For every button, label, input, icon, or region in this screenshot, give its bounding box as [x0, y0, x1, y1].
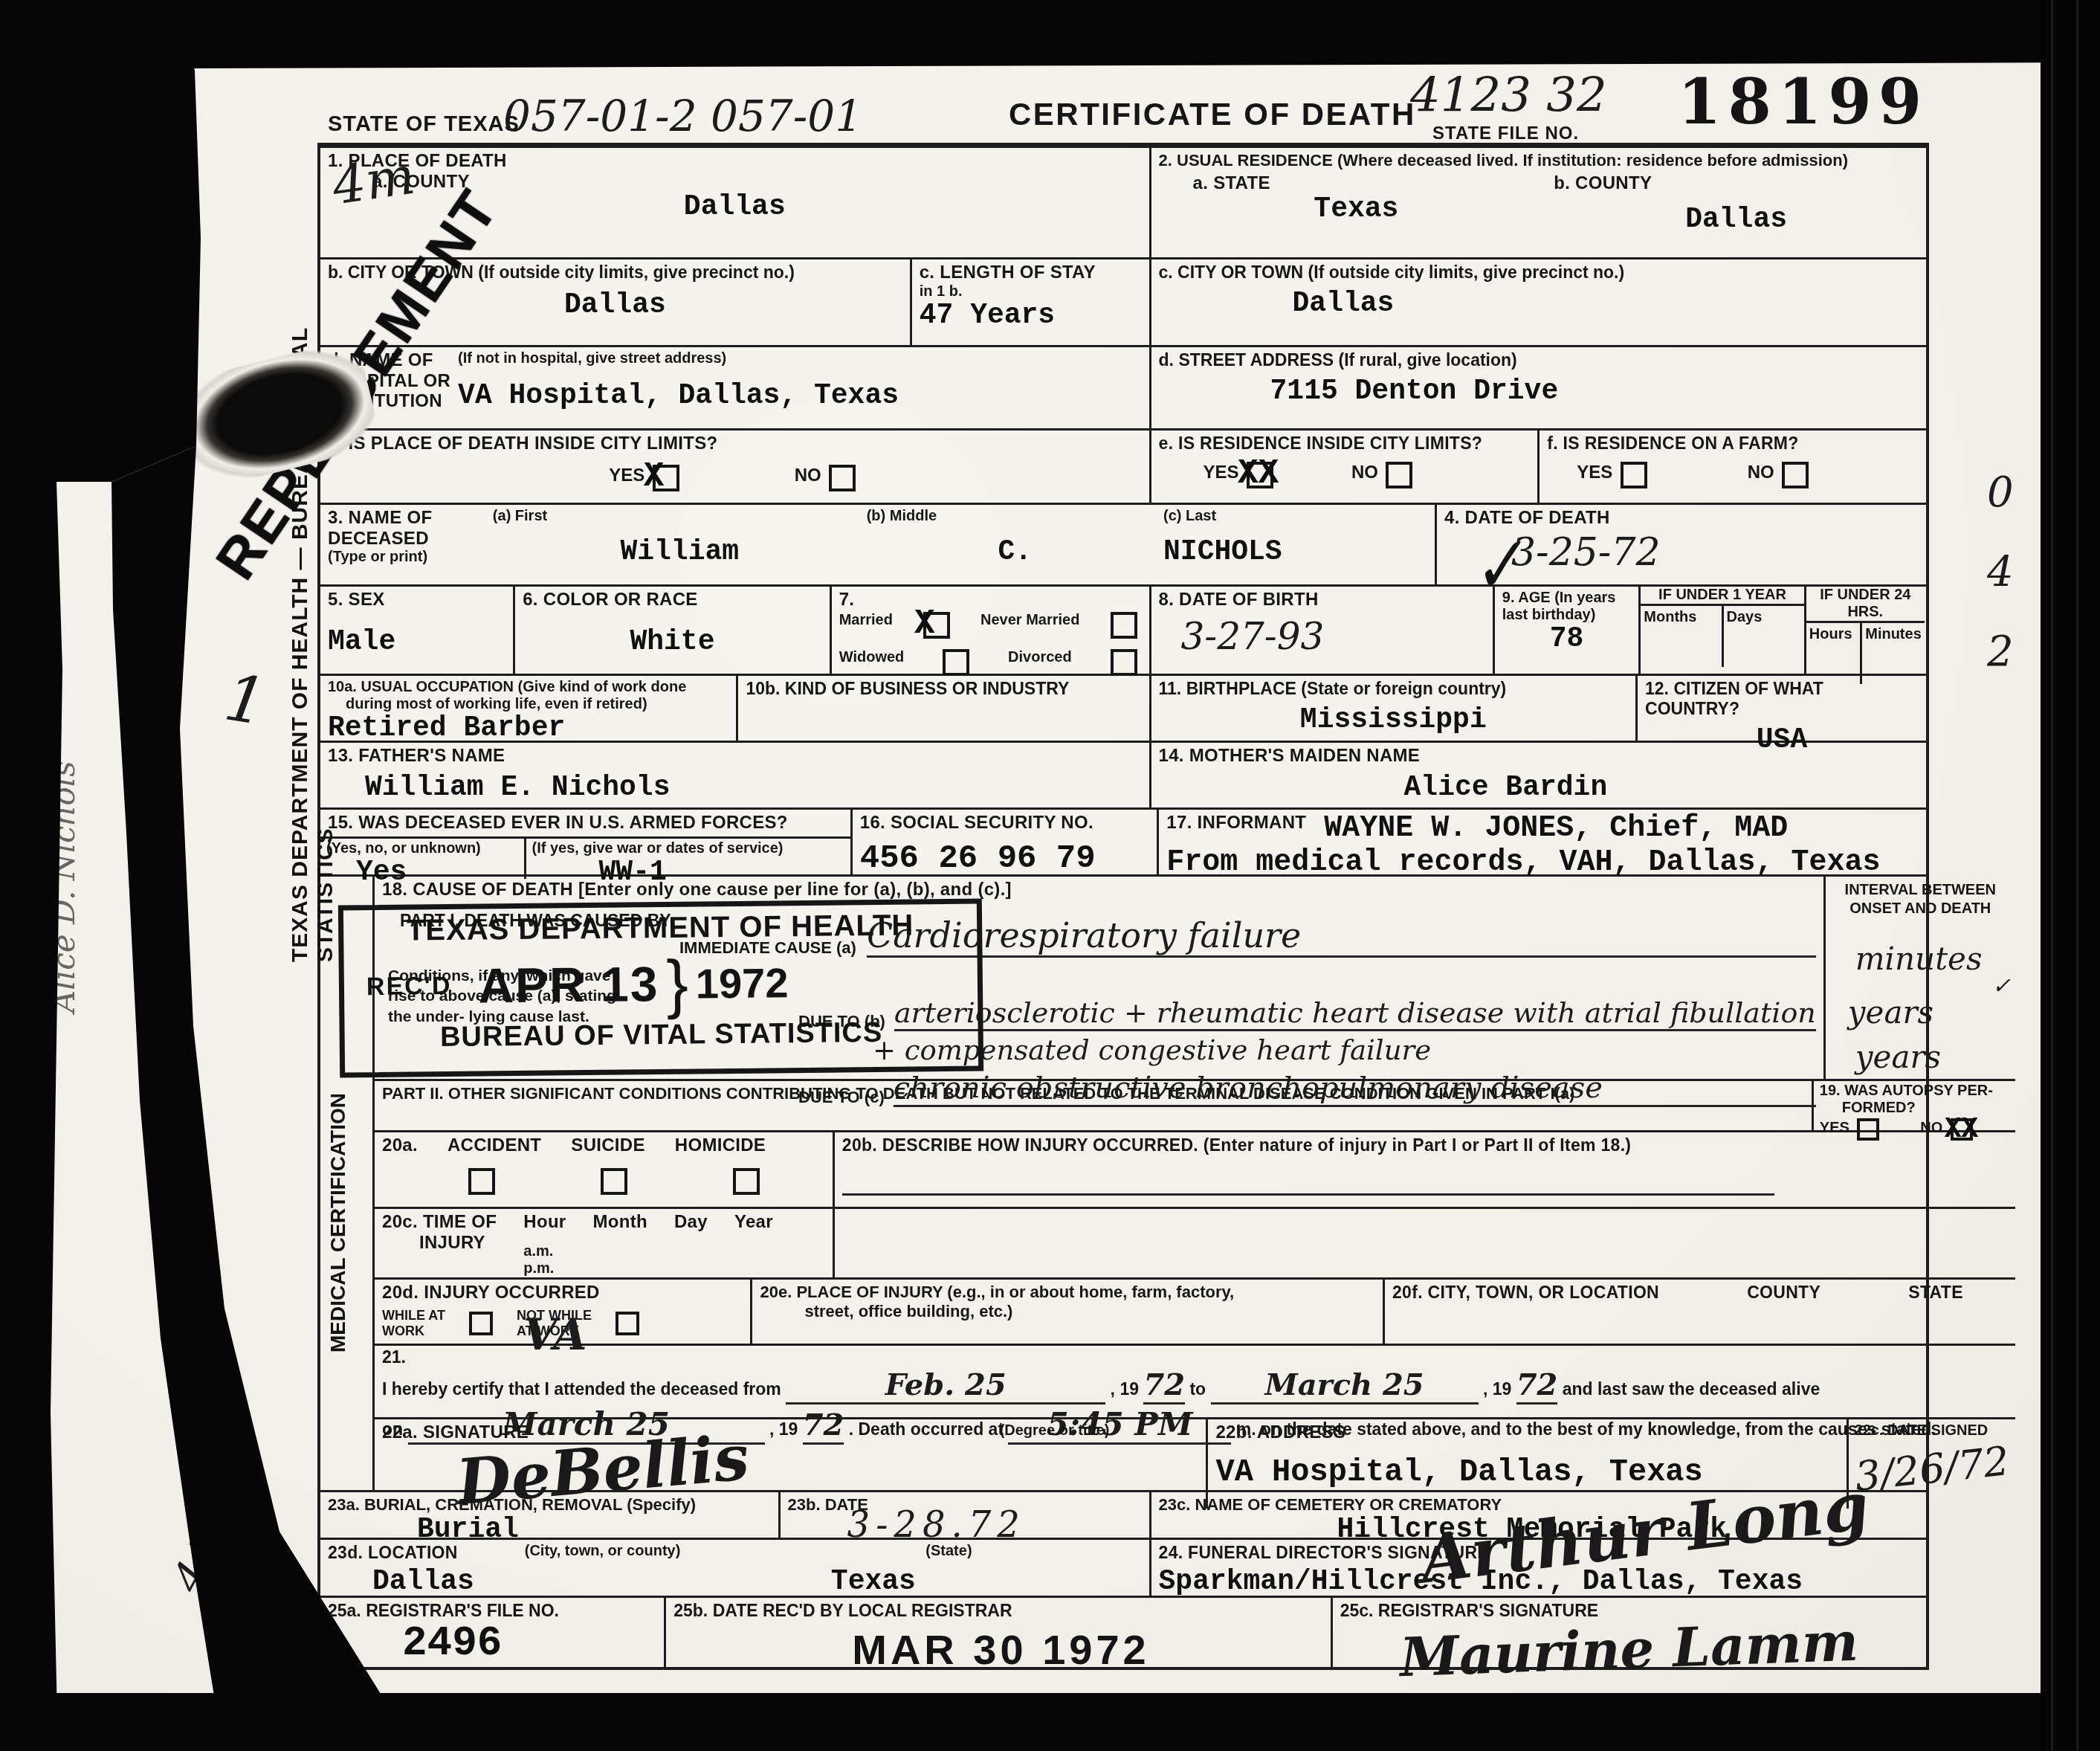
date-of-death-value: 3-25-72	[1511, 530, 1919, 575]
widowed-label: Widowed	[839, 649, 905, 676]
hospital-cell: d. NAME OF HOSPITAL OR INSTITUTION (If n…	[320, 347, 1149, 428]
injury-occurred-hw: VA	[523, 1309, 587, 1360]
department-rail-text: TEXAS DEPARTMENT OF HEALTH — BUREAU OF V…	[288, 219, 317, 962]
no-label: NO	[1351, 463, 1378, 483]
armed-forces-sub1: (Yes, no, or unknown)	[326, 840, 518, 857]
row-2: b. CITY OR TOWN (If outside city limits,…	[320, 257, 1926, 345]
under-1-year-cell: IF UNDER 1 YEAR Months Days	[1638, 587, 1803, 674]
sex-label: 5. SEX	[328, 590, 505, 610]
row-9: 15. WAS DECEASED EVER IN U.S. ARMED FORC…	[320, 807, 1926, 874]
name-of-deceased-cell: 3. NAME OF DECEASED (Type or print) (a) …	[320, 505, 1435, 584]
mother-name-value: Alice Bardin	[1404, 773, 1919, 804]
residence-city-value: Dallas	[1293, 288, 1919, 320]
interval-label1: INTERVAL BETWEEN	[1826, 881, 2015, 900]
residence-farm-cell: f. IS RESIDENCE ON A FARM? YES NO	[1537, 431, 1926, 503]
never-married-label: Never Married	[980, 612, 1079, 639]
registrar-file-cell: 25a. REGISTRAR'S FILE NO. 2496	[320, 1598, 664, 1667]
usual-residence-title: 2. USUAL RESIDENCE (Where deceased lived…	[1159, 151, 1919, 170]
autopsy-no-mark: XX	[1945, 1114, 1979, 1146]
attended-to-year: 72	[1516, 1367, 1558, 1405]
row-20ab: 20a. ACCIDENT SUICIDE HOMICIDE	[375, 1130, 2015, 1207]
date-signed-label: 22c. DATE SIGNED	[1855, 1422, 2009, 1439]
yes-checkbox: XX	[1247, 462, 1273, 488]
location-city-value: Dallas	[372, 1567, 474, 1598]
margin-code-digit: 4	[1987, 548, 2014, 596]
registrar-signature-cell: 25c. REGISTRAR'S SIGNATURE Maurine Lamm	[1331, 1598, 1926, 1667]
name-label: 3. NAME OF	[328, 508, 493, 529]
form-number: VS-112, REV. 1/58	[261, 1441, 286, 1664]
birthplace-label: 11. BIRTHPLACE (State or foreign country…	[1159, 679, 1628, 699]
degree-label: (Degree or title)	[1000, 1422, 1110, 1443]
marital-label: 7.	[839, 590, 1142, 610]
month-label: Month	[593, 1212, 647, 1277]
medical-certification-block: MEDICAL CERTIFICATION 18. CAUSE OF DEATH…	[320, 874, 1926, 1490]
no-checkbox	[1782, 462, 1809, 488]
place-of-death-title: 1. PLACE OF DEATH	[328, 151, 1142, 172]
occupation-cell: 10a. USUAL OCCUPATION (Give kind of work…	[320, 676, 736, 741]
location-sub2: (State)	[925, 1543, 972, 1562]
birthplace-cell: 11. BIRTHPLACE (State or foreign country…	[1149, 676, 1635, 741]
injury-occurred-cell: 20d. INJURY OCCURRED WHILE AT WORK NOT W…	[375, 1280, 752, 1344]
margin-scrawl-top: 4m	[329, 145, 419, 217]
injury-location-cell: 20f. CITY, TOWN, OR LOCATION COUNTY STAT…	[1385, 1280, 2015, 1344]
due-to-b-line2: + compensated congestive heart failure	[873, 1034, 1816, 1066]
death-city-limits-cell: e. IS PLACE OF DEATH INSIDE CITY LIMITS?…	[320, 431, 1149, 503]
pm-label: p.m.	[523, 1260, 566, 1277]
race-label: 6. COLOR OR RACE	[523, 590, 822, 610]
autopsy-yes-checkbox	[1857, 1118, 1879, 1141]
autopsy-label2: FORMED?	[1842, 1100, 2009, 1117]
date-of-birth-cell: 8. DATE OF BIRTH 3-27-93	[1149, 587, 1493, 674]
injury-blank-cell	[835, 1209, 2015, 1277]
burial-label: 23a. BURIAL, CREMATION, REMOVAL (Specify…	[328, 1495, 771, 1515]
date-of-birth-label: 8. DATE OF BIRTH	[1159, 590, 1485, 610]
middle-name-value: C.	[867, 537, 1163, 568]
due-to-b-value: arteriosclerotic + rheumatic heart disea…	[894, 996, 1816, 1029]
yes-label: YES	[1820, 1120, 1849, 1136]
location-sub1: (City, town, or county)	[525, 1543, 681, 1562]
autopsy-no-checkbox: XX	[1951, 1118, 1973, 1141]
injury-county-label: COUNTY	[1747, 1283, 1820, 1341]
residence-state-value: Texas	[1159, 194, 1554, 225]
certificate-page: TEXAS DEPARTMENT OF HEALTH — BUREAU OF V…	[41, 61, 2041, 1693]
street-address-cell: d. STREET ADDRESS (If rural, give locati…	[1149, 347, 1926, 428]
not-while-at-work-checkbox	[616, 1312, 639, 1335]
informant-line1: WAYNE W. JONES, Chief, MAD	[1324, 813, 1788, 845]
street-address-value: 7115 Denton Drive	[1270, 376, 1919, 407]
informant-label: 17. INFORMANT	[1166, 813, 1306, 845]
due-to-c-value: chronic obstructive bronchopulmonary dis…	[894, 1071, 1603, 1105]
suicide-checkbox	[601, 1168, 627, 1195]
married-mark: X	[914, 604, 935, 643]
citizen-label: 12. CITIZEN OF WHAT COUNTRY?	[1645, 679, 1919, 719]
residence-county-label: b. COUNTY	[1554, 173, 1919, 194]
certify-text-1: I hereby certify that I attended the dec…	[382, 1379, 781, 1399]
stamp-year: 1972	[696, 958, 789, 1007]
funeral-director-cell: 24. FUNERAL DIRECTOR'S SIGNATURE Arthur …	[1149, 1540, 1926, 1596]
row-5: 3. NAME OF DECEASED (Type or print) (a) …	[320, 503, 1926, 584]
residence-limits-label: e. IS RESIDENCE INSIDE CITY LIMITS?	[1159, 433, 1531, 453]
day-label: Day	[674, 1212, 708, 1277]
while-at-work-checkbox	[469, 1312, 493, 1335]
father-name-label: 13. FATHER'S NAME	[328, 746, 1142, 767]
injury-state-label: STATE	[1908, 1283, 1962, 1341]
row-3: d. NAME OF HOSPITAL OR INSTITUTION (If n…	[320, 345, 1926, 428]
margin-mark-one: 1	[220, 660, 272, 740]
cause-of-death-label: 18. CAUSE OF DEATH [Enter only one cause…	[382, 880, 1816, 900]
suicide-label: SUICIDE	[571, 1135, 644, 1156]
mother-name-label: 14. MOTHER'S MAIDEN NAME	[1159, 746, 1919, 767]
race-value: White	[523, 627, 822, 658]
length-of-stay-cell: c. LENGTH OF STAY in 1 b. 47 Years	[910, 259, 1149, 345]
certificate-header: STATE OF TEXAS 057-01-2 057-01 CERTIFICA…	[317, 71, 1923, 143]
interval-c: years	[1855, 1039, 1941, 1075]
days-label: Days	[1722, 606, 1804, 667]
length-of-stay-sub: in 1 b.	[920, 283, 1142, 300]
date-of-birth-value: 3-27-93	[1181, 615, 1485, 658]
race-cell: 6. COLOR OR RACE White	[513, 587, 830, 674]
accident-label: ACCIDENT	[448, 1135, 541, 1156]
name-label3: (Type or print)	[328, 549, 493, 566]
attended-from-year: 72	[1143, 1367, 1185, 1405]
certificate-form: ✓ 1. PLACE OF DEATH a. COUNTY Dallas 2. …	[317, 143, 1929, 1670]
stamp-recd: REC'D	[366, 971, 452, 1001]
printed-19a: , 19	[1111, 1379, 1139, 1399]
label-20a: 20a.	[382, 1135, 418, 1156]
occupation-label: 10a. USUAL OCCUPATION (Give kind of work…	[328, 679, 728, 696]
row-8: 13. FATHER'S NAME William E. Nichols 14.…	[320, 741, 1926, 807]
homicide-checkbox	[733, 1168, 760, 1195]
medical-certification-content: 18. CAUSE OF DEATH [Enter only one cause…	[372, 877, 2015, 1490]
informant-cell: 17. INFORMANT WAYNE W. JONES, Chief, MAD…	[1157, 810, 1926, 874]
armed-forces-cell: 15. WAS DECEASED EVER IN U.S. ARMED FORC…	[320, 810, 850, 874]
length-of-stay-value: 47 Years	[920, 300, 1142, 332]
under-24-hrs-cell: IF UNDER 24 HRS. Hours Minutes	[1804, 587, 1925, 674]
hospital-value: VA Hospital, Dallas, Texas	[458, 381, 899, 412]
sex-cell: 5. SEX Male	[320, 587, 513, 674]
sex-value: Male	[328, 627, 505, 658]
age-label2: last birthday)	[1502, 607, 1632, 624]
year-label: Year	[734, 1212, 773, 1277]
registrar-file-label: 25a. REGISTRAR'S FILE NO.	[328, 1601, 656, 1621]
printed-19b: , 19	[1483, 1379, 1511, 1399]
no-checkbox	[829, 465, 856, 491]
margin-scrawl-left: Alice D. Nichols	[45, 522, 87, 1013]
row-7: 10a. USUAL OCCUPATION (Give kind of work…	[320, 674, 1926, 741]
under-1-year-label: IF UNDER 1 YEAR	[1641, 587, 1803, 606]
residence-state-county: a. STATE Texas b. COUNTY Dallas	[1159, 173, 1919, 235]
while-at-work-label2: WORK	[382, 1323, 445, 1339]
hours-label: Hours	[1806, 623, 1860, 684]
hospital-paren: (If not in hospital, give street address…	[458, 350, 899, 367]
stamp-date: APR 13	[478, 955, 659, 1014]
certify-text-2: and last saw the deceased alive	[1563, 1379, 1820, 1399]
divorced-label: Divorced	[1008, 649, 1072, 676]
divorced-checkbox	[1111, 649, 1137, 676]
state-label: STATE OF TEXAS	[328, 112, 520, 137]
length-of-stay-label: c. LENGTH OF STAY	[920, 262, 1142, 283]
margin-code-digit: 0	[1987, 468, 2014, 517]
residence-state-label: a. STATE	[1193, 173, 1554, 194]
minutes-label: Minutes	[1860, 623, 1925, 684]
months-label: Months	[1641, 606, 1721, 667]
marital-status-cell: 7. Married X Never Married Widowed Divor…	[830, 587, 1149, 674]
yes-label: YES	[1204, 463, 1239, 483]
handwritten-codes: 057-01-2 057-01	[503, 91, 862, 141]
location-label: 23d. LOCATION	[328, 1543, 458, 1562]
industry-cell: 10b. KIND OF BUSINESS OR INDUSTRY	[736, 676, 1148, 741]
received-stamp: TEXAS DEPARTMENT OF HEALTH REC'D APR 13 …	[338, 898, 983, 1077]
row-6: 5. SEX Male 6. COLOR OR RACE White 7. Ma…	[320, 584, 1926, 674]
film-streaks	[2041, 0, 2100, 1751]
father-name-value: William E. Nichols	[365, 773, 1142, 804]
street-address-label: d. STREET ADDRESS (If rural, give locati…	[1159, 350, 1919, 370]
informant-line2: From medical records, VAH, Dallas, Texas	[1166, 847, 1919, 880]
address-label: 22b. ADDRESS	[1215, 1422, 1838, 1443]
residence-county-value: Dallas	[1554, 204, 1919, 236]
stamp-line3: BUREAU OF VITAL STATISTICS	[344, 1016, 978, 1055]
interval-b-check: ✓	[1992, 973, 2011, 999]
armed-forces-label: 15. WAS DECEASED EVER IN U.S. ARMED FORC…	[320, 810, 850, 839]
residence-city-limits-cell: e. IS RESIDENCE INSIDE CITY LIMITS? YES …	[1149, 431, 1538, 503]
birthplace-value: Mississippi	[1159, 705, 1628, 736]
citizen-cell: 12. CITIZEN OF WHAT COUNTRY? USA	[1635, 676, 1926, 741]
widowed-checkbox	[943, 649, 969, 676]
scanned-death-certificate: TEXAS DEPARTMENT OF HEALTH — BUREAU OF V…	[0, 0, 2100, 1751]
under-24-hrs-label: IF UNDER 24 HRS.	[1806, 587, 1925, 623]
row-20def: 20d. INJURY OCCURRED WHILE AT WORK NOT W…	[375, 1277, 2015, 1344]
certificate-title: CERTIFICATE OF DEATH	[1009, 97, 1416, 132]
margin-code-digit: 2	[1987, 628, 2014, 676]
last-name-label: (c) Last	[1163, 508, 1427, 525]
industry-label: 10b. KIND OF BUSINESS OR INDUSTRY	[746, 679, 1141, 699]
accident-checkbox	[468, 1168, 495, 1195]
homicide-label: HOMICIDE	[675, 1135, 766, 1156]
last-name-value: NICHOLS	[1163, 537, 1427, 568]
registrar-file-value: 2496	[402, 1621, 656, 1667]
location-state-value: Texas	[831, 1567, 916, 1598]
attended-to-date: March 25	[1264, 1367, 1424, 1402]
cause-of-death-main: 18. CAUSE OF DEATH [Enter only one cause…	[375, 877, 1823, 1079]
row-23d-24: 23d. LOCATION (City, town, or county) (S…	[320, 1538, 1926, 1596]
interval-a: minutes	[1855, 941, 1983, 977]
due-to-c-line: DUE TO (c) chronic obstructive bronchopu…	[798, 1071, 1816, 1107]
burial-cell: 23a. BURIAL, CREMATION, REMOVAL (Specify…	[320, 1492, 778, 1538]
interval-b: years	[1848, 994, 1933, 1031]
autopsy-label1: 19. WAS AUTOPSY PER-	[1820, 1083, 2009, 1100]
margin-scrawl-bottom: 4/2	[162, 1516, 239, 1601]
death-city-limits-label: e. IS PLACE OF DEATH INSIDE CITY LIMITS?	[328, 433, 1142, 454]
age-value: 78	[1502, 624, 1632, 655]
margin-code-right: 0 4 2	[1987, 468, 2014, 676]
name-label2: DECEASED	[328, 529, 493, 549]
no-label: NO	[1920, 1120, 1942, 1136]
never-married-checkbox	[1111, 612, 1137, 639]
armed-forces-sub2: (If yes, give war or dates of service)	[532, 840, 844, 857]
injury-city-label: 20f. CITY, TOWN, OR LOCATION	[1392, 1283, 1659, 1341]
place-of-injury-label: 20e. PLACE OF INJURY (e.g., in or about …	[760, 1283, 1375, 1302]
date-signed-value: 3/26/72	[1852, 1437, 2012, 1500]
row-4: e. IS PLACE OF DEATH INSIDE CITY LIMITS?…	[320, 428, 1926, 503]
injury-occurred-label: 20d. INJURY OCCURRED	[382, 1283, 743, 1303]
describe-injury-cell: 20b. DESCRIBE HOW INJURY OCCURRED. (Ente…	[835, 1132, 2015, 1207]
am-label: a.m.	[523, 1243, 566, 1260]
county-label: a. COUNTY	[372, 172, 1142, 193]
occupation-label2: during most of working life, even if ret…	[346, 696, 728, 713]
yes-mark: X	[644, 457, 665, 496]
mother-name-cell: 14. MOTHER'S MAIDEN NAME Alice Bardin	[1149, 743, 1926, 807]
interval-column: INTERVAL BETWEEN ONSET AND DEATH minutes…	[1823, 877, 2015, 1079]
ssn-label: 16. SOCIAL SECURITY NO.	[860, 813, 1150, 833]
cause-of-death-row: 18. CAUSE OF DEATH [Enter only one cause…	[375, 877, 2015, 1079]
row-25: 25a. REGISTRAR'S FILE NO. 2496 25b. DATE…	[320, 1596, 1926, 1667]
no-checkbox	[1386, 462, 1412, 488]
certification-number: 21.	[382, 1347, 2008, 1367]
date-received-stamp: MAR 30 1972	[852, 1625, 1322, 1674]
state-file-no-stamp: 18199	[1678, 65, 1928, 138]
while-at-work-label: WHILE AT	[382, 1308, 445, 1323]
row-20c: 20c. TIME OF INJURY Hour a.m. p.m. Month…	[375, 1207, 2015, 1277]
middle-name-label: (b) Middle	[867, 508, 1163, 525]
yes-label: YES	[609, 465, 644, 486]
to-label: to	[1189, 1379, 1206, 1399]
yes-checkbox: X	[653, 465, 679, 491]
burial-date-cell: 23b. DATE 3-28.72	[778, 1492, 1149, 1538]
residence-city-cell: c. CITY OR TOWN (If outside city limits,…	[1149, 259, 1926, 345]
due-to-c-label: DUE TO (c)	[798, 1088, 885, 1107]
residence-farm-label: f. IS RESIDENCE ON A FARM?	[1547, 433, 1919, 453]
hour-label: Hour	[523, 1212, 566, 1233]
married-label: Married	[839, 612, 893, 639]
date-received-cell: 25b. DATE REC'D BY LOCAL REGISTRAR MAR 3…	[664, 1598, 1330, 1667]
burial-location-cell: 23d. LOCATION (City, town, or county) (S…	[320, 1540, 1149, 1596]
time-of-injury-label2: INJURY	[419, 1233, 497, 1254]
date-received-label: 25b. DATE REC'D BY LOCAL REGISTRAR	[673, 1601, 1322, 1621]
first-name-label: (a) First	[493, 508, 867, 525]
accident-suicide-homicide-cell: 20a. ACCIDENT SUICIDE HOMICIDE	[375, 1132, 835, 1207]
place-of-injury-cell: 20e. PLACE OF INJURY (e.g., in or about …	[752, 1280, 1385, 1344]
yes-label: YES	[1577, 463, 1612, 483]
state-file-no-label: STATE FILE NO.	[1432, 123, 1579, 144]
ssn-value: 456 26 96 79	[860, 841, 1150, 877]
interval-label2: ONSET AND DEATH	[1826, 900, 2015, 918]
autopsy-cell: 19. WAS AUTOPSY PER- FORMED? YES NO XX	[1812, 1081, 2015, 1130]
stamp-line1: TEXAS DEPARTMENT OF HEALTH	[343, 909, 977, 949]
attended-from-date: Feb. 25	[885, 1367, 1007, 1402]
stamp-brace: }	[666, 957, 688, 1010]
ssn-cell: 16. SOCIAL SECURITY NO. 456 26 96 79	[850, 810, 1157, 874]
row-1: 1. PLACE OF DEATH a. COUNTY Dallas 2. US…	[320, 146, 1926, 257]
place-of-injury-label2: street, office building, etc.)	[804, 1302, 1375, 1321]
handwritten-file-number: 4123 32	[1410, 68, 1607, 123]
certification-row: 21. I hereby certify that I attended the…	[375, 1344, 2015, 1417]
yes-checkbox	[1621, 462, 1647, 488]
time-of-injury-label: 20c. TIME OF	[382, 1212, 497, 1233]
occupation-value: Retired Barber	[328, 713, 728, 744]
first-name-value: William	[493, 537, 867, 568]
no-label: NO	[795, 465, 821, 486]
no-label: NO	[1748, 463, 1774, 483]
signature-label: 22a. SIGNATURE	[382, 1422, 529, 1443]
married-checkbox: X	[923, 612, 950, 639]
yes-mark: XX	[1238, 454, 1279, 493]
residence-city-label: c. CITY OR TOWN (If outside city limits,…	[1159, 262, 1919, 283]
father-name-cell: 13. FATHER'S NAME William E. Nichols	[320, 743, 1149, 807]
usual-residence-cell: 2. USUAL RESIDENCE (Where deceased lived…	[1149, 148, 1926, 257]
time-of-injury-cell: 20c. TIME OF INJURY Hour a.m. p.m. Month…	[375, 1209, 835, 1277]
